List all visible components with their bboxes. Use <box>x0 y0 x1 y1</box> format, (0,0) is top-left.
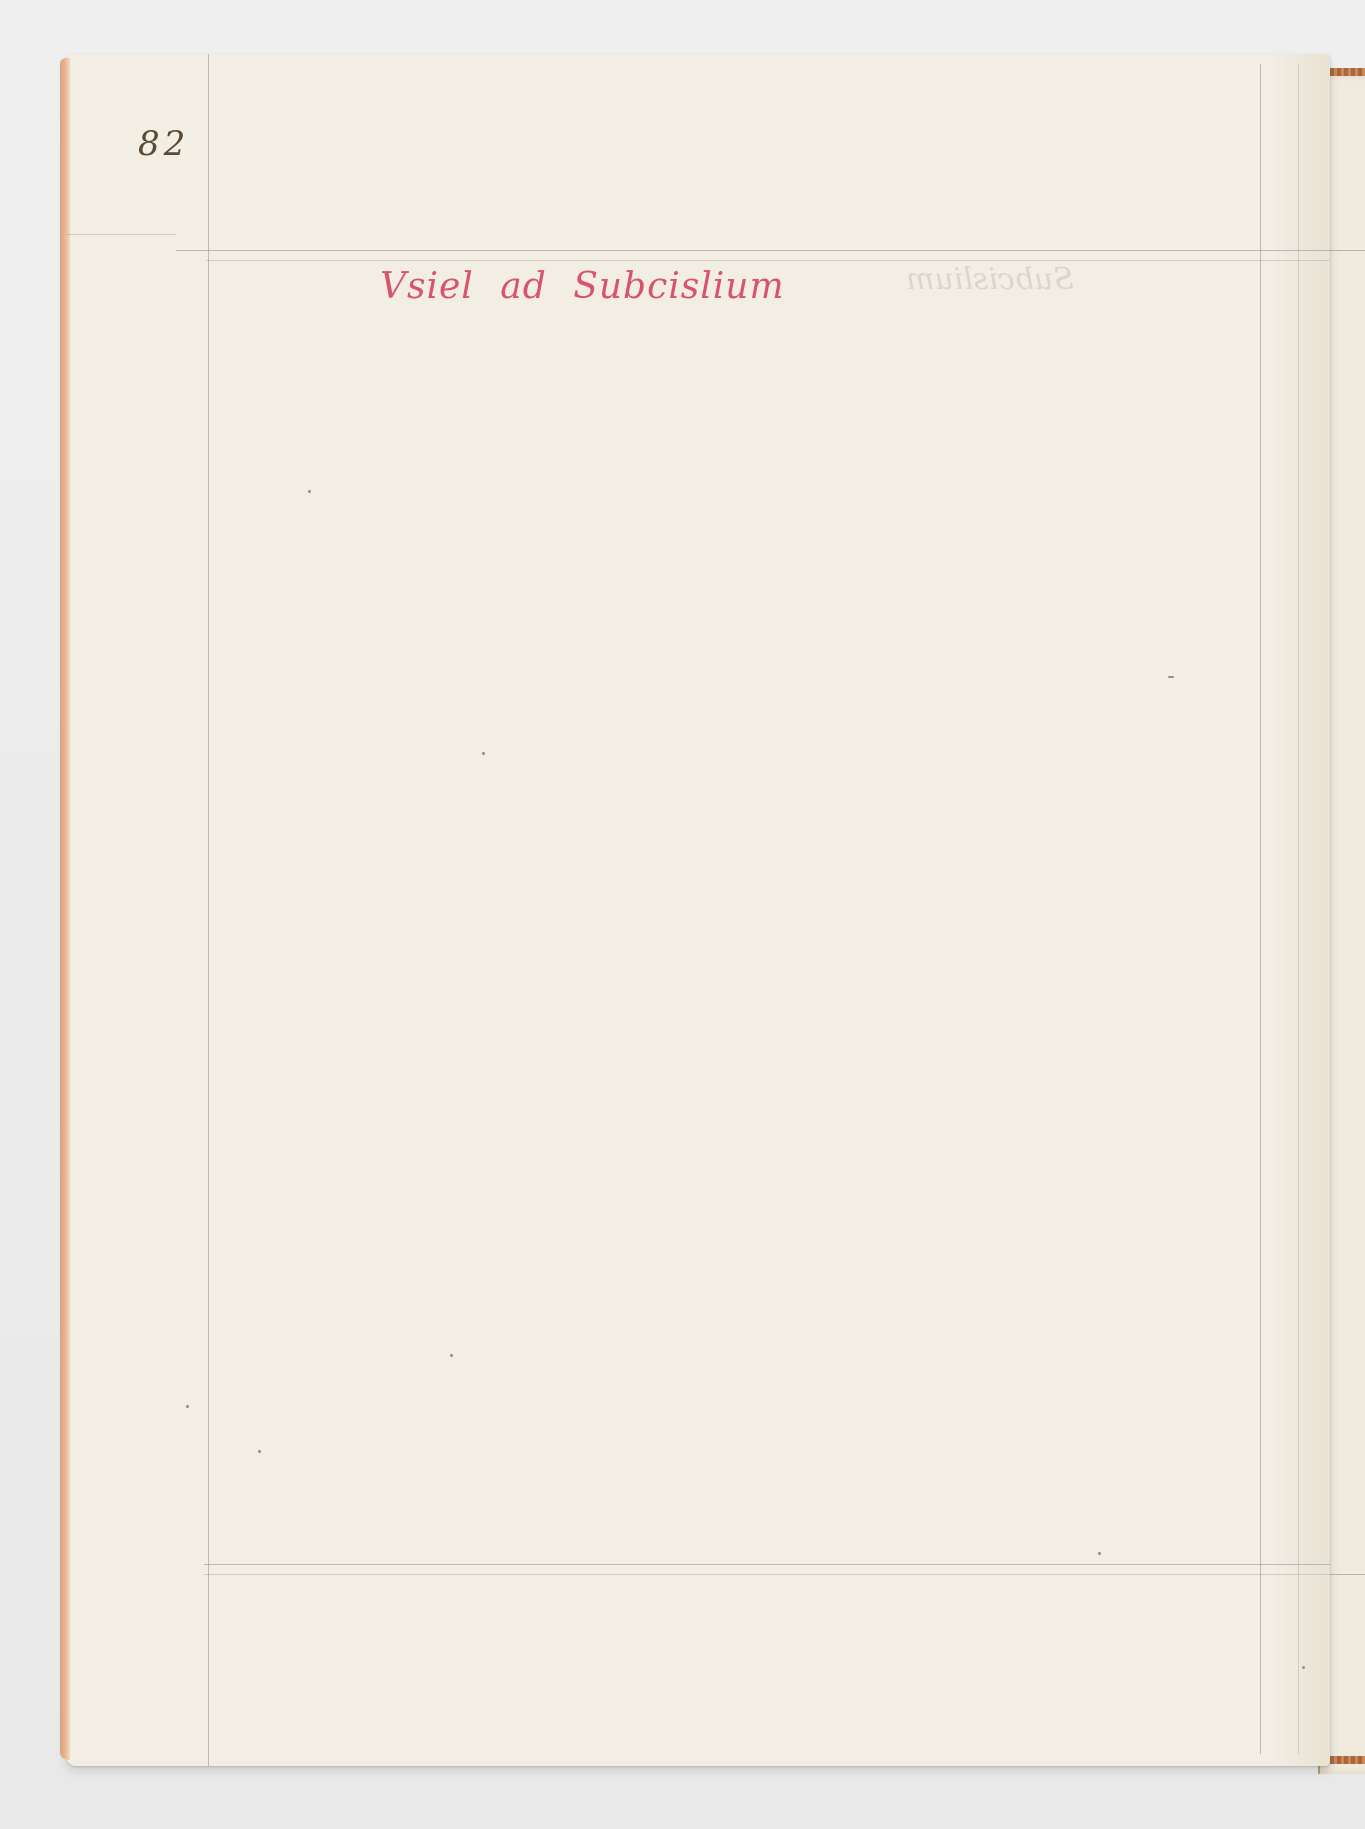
paper-speck <box>450 1354 453 1357</box>
top-margin-rule <box>176 250 1330 251</box>
right-margin-rule <box>1260 64 1261 1754</box>
paper-speck <box>186 1405 189 1408</box>
folio-number: 82 <box>138 124 189 164</box>
top-rule-left-segment <box>66 234 176 235</box>
manuscript-page: 82 Subcislium Vsiel ad Subcislium <box>66 54 1330 1766</box>
left-margin-rule <box>208 54 209 1766</box>
bottom-margin-rule <box>204 1564 1330 1565</box>
bottom-margin-rule-secondary <box>204 1574 1330 1575</box>
paper-speck <box>258 1450 261 1453</box>
paper-speck <box>482 752 485 755</box>
paper-speck <box>308 490 311 493</box>
bleed-through-text: Subcislium <box>906 262 1074 297</box>
paper-speck <box>1302 1666 1305 1669</box>
paper-speck <box>1098 1552 1101 1555</box>
rubric-heading: Vsiel ad Subcislium <box>380 266 785 307</box>
right-outer-rule <box>1298 64 1299 1754</box>
top-margin-rule-secondary <box>206 260 1330 261</box>
paper-speck <box>1168 676 1174 678</box>
